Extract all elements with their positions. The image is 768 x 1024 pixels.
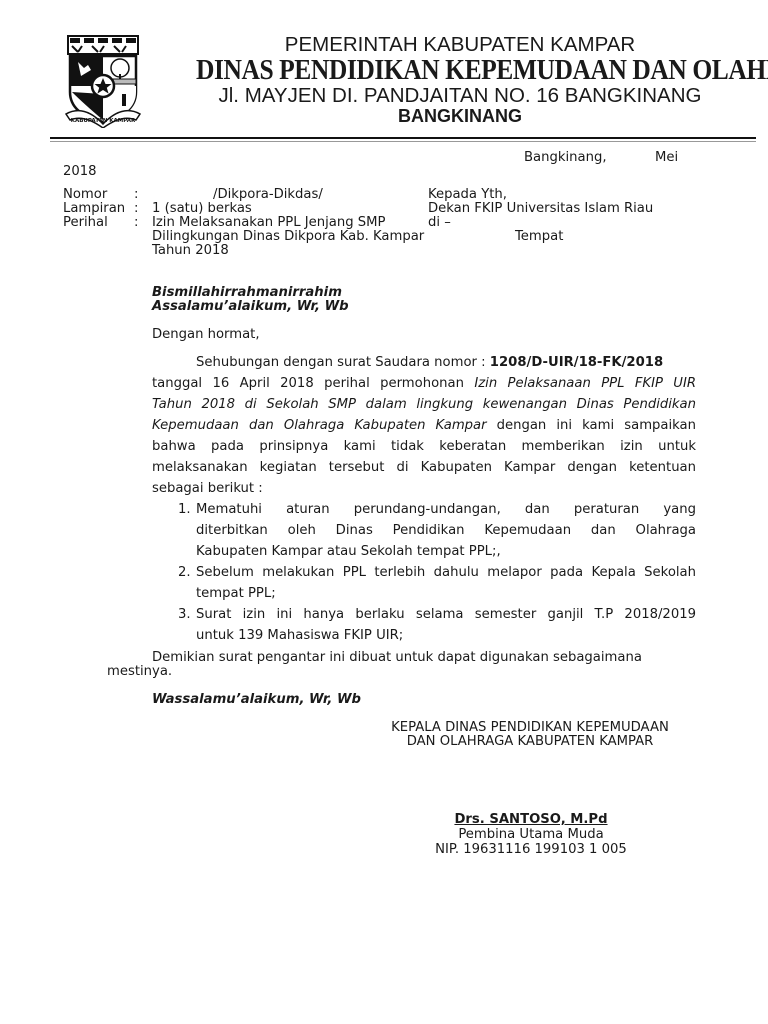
date-month: Mei <box>655 151 678 165</box>
letterhead-city: BANGKINANG <box>160 106 760 127</box>
perihal-colon: : <box>134 216 138 230</box>
closing-line-2: mestinya. <box>107 665 172 679</box>
letterhead-rule <box>50 137 756 139</box>
nomor-label: Nomor <box>63 188 107 202</box>
body-text: dengan ini kami sampaikan <box>497 418 696 433</box>
list-line: tempat PPL; <box>196 586 696 601</box>
list-line: untuk 139 Mahasiswa FKIP UIR; <box>196 628 696 643</box>
body-line-3: Tahun 2018 di Sekolah SMP dalam lingkung… <box>152 397 696 412</box>
list-line: Kabupaten Kampar atau Sekolah tempat PPL… <box>196 544 696 559</box>
perihal-line-1: Izin Melaksanakan PPL Jenjang SMP <box>152 216 386 230</box>
list-number: 3. <box>178 607 191 622</box>
lampiran-colon: : <box>134 202 138 216</box>
signatory-name: Drs. SANTOSO, M.Pd <box>400 813 662 827</box>
date-place: Bangkinang, <box>524 151 607 165</box>
letterhead-agency: DINAS PENDIDIKAN KEPEMUDAAN DAN OLAHRAGA <box>196 54 724 87</box>
body-line-1: Sehubungan dengan surat Saudara nomor : … <box>196 355 663 370</box>
perihal-label: Perihal <box>63 216 108 230</box>
body-text-italic: Kepemudaan dan Olahraga Kabupaten Kampar <box>152 418 487 433</box>
list-line: Mematuhi aturan perundang-undangan, dan … <box>196 502 696 517</box>
body-line-7: sebagai berikut : <box>152 481 263 496</box>
perihal-line-3: Tahun 2018 <box>152 244 229 258</box>
closing-line-1: Demikian surat pengantar ini dibuat untu… <box>152 651 642 665</box>
svg-text:KABUPATEN KAMPAR: KABUPATEN KAMPAR <box>71 118 136 124</box>
body-line-2: tanggal 16 April 2018 perihal permohonan… <box>152 376 696 391</box>
list-number: 2. <box>178 565 191 580</box>
list-line: Surat izin ini hanya berlaku selama seme… <box>196 607 696 622</box>
recipient-name: Dekan FKIP Universitas Islam Riau <box>428 202 653 216</box>
body-line-6: melaksanakan kegiatan tersebut di Kabupa… <box>152 460 696 475</box>
body-text-italic: Izin Pelaksanaan PPL FKIP UIR <box>474 376 696 391</box>
reference-number: 1208/D-UIR/18-FK/2018 <box>490 355 663 370</box>
body-line-5: bahwa pada prinsipnya kami tidak keberat… <box>152 439 696 454</box>
recipient-place: Tempat <box>515 230 563 244</box>
signatory-nip: NIP. 19631116 199103 1 005 <box>400 843 662 857</box>
bismillah: Bismillahirrahmanirrahim <box>152 286 342 300</box>
recipient-di: di – <box>428 216 451 230</box>
signatory-title-1: KEPALA DINAS PENDIDIKAN KEPEMUDAAN <box>330 721 730 735</box>
recipient-salutation: Kepada Yth, <box>428 188 507 202</box>
signatory-rank: Pembina Utama Muda <box>400 828 662 842</box>
date-year: 2018 <box>63 165 97 179</box>
list-line: diterbitkan oleh Dinas Pendidikan Kepemu… <box>196 523 696 538</box>
body-text: tanggal 16 April 2018 perihal permohonan <box>152 376 464 391</box>
signatory-title-2: DAN OLAHRAGA KABUPATEN KAMPAR <box>330 735 730 749</box>
lampiran-value: 1 (satu) berkas <box>152 202 252 216</box>
closing-salam: Wassalamu’alaikum, Wr, Wb <box>152 693 361 707</box>
list-line: Sebelum melakukan PPL terlebih dahulu me… <box>196 565 696 580</box>
letterhead-address: Jl. MAYJEN DI. PANDJAITAN NO. 16 BANGKIN… <box>160 84 760 108</box>
body-text: Sehubungan dengan surat Saudara nomor : <box>196 355 486 370</box>
greeting: Dengan hormat, <box>152 328 260 342</box>
coat-of-arms-logo-icon: KABUPATEN KAMPAR <box>64 34 142 128</box>
nomor-colon: : <box>134 188 138 202</box>
list-number: 1. <box>178 502 191 517</box>
opening-salam: Assalamu’alaikum, Wr, Wb <box>152 300 349 314</box>
perihal-line-2: Dilingkungan Dinas Dikpora Kab. Kampar <box>152 230 424 244</box>
body-line-4: Kepemudaan dan Olahraga Kabupaten Kampar… <box>152 418 696 433</box>
lampiran-label: Lampiran <box>63 202 125 216</box>
nomor-value: /Dikpora-Dikdas/ <box>213 188 323 202</box>
letterhead-rule-thin <box>50 141 756 142</box>
